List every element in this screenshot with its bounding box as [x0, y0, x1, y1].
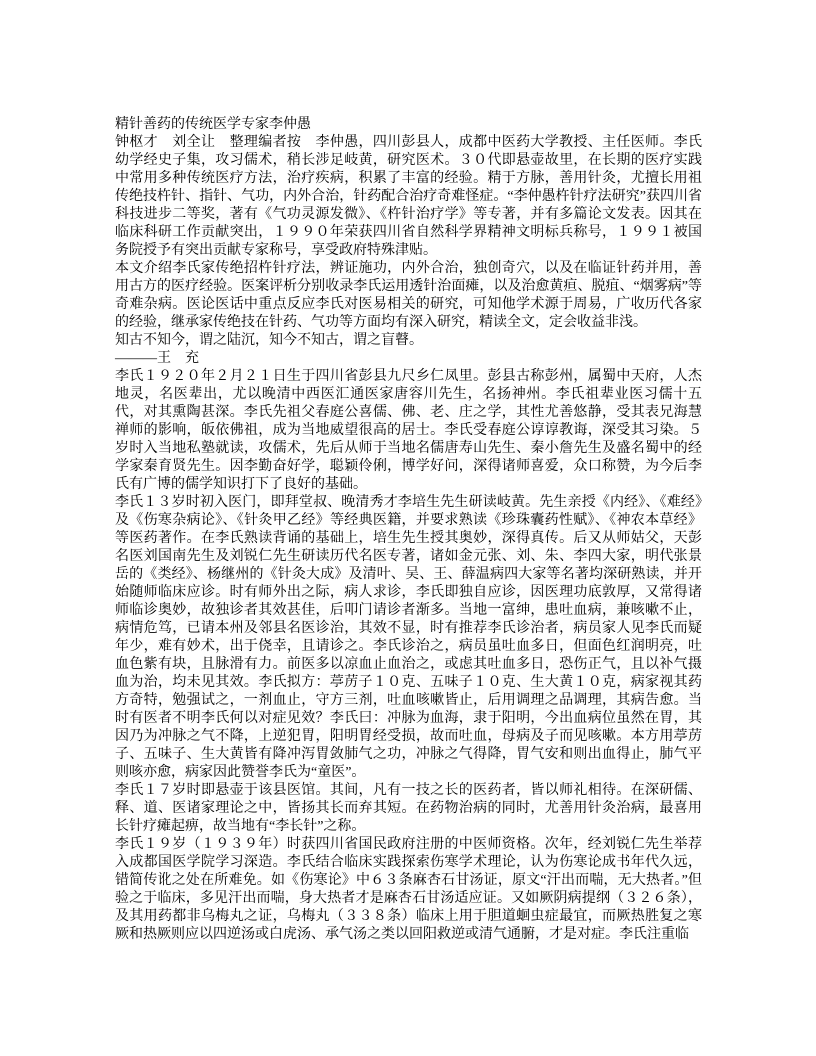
document-title: 精针善药的传统医学专家李仲愚	[115, 116, 702, 134]
paragraph-medical-training: 李氏１３岁时初入医门，即拜堂叔、晚清秀才李培生先生研读岐黄。先生亲授《内经》、《…	[115, 494, 702, 782]
paragraph-birth-family: 李氏１９２０年２月２１日生于四川省彭县九尺乡仁凤里。彭县古称彭州，属蜀中天府，人…	[115, 368, 702, 494]
paragraph-age-19: 李氏１９岁（１９３９年）时获四川省国民政府注册的中医师资格。次年，经刘锐仁先生举…	[115, 836, 702, 944]
paragraph-quote: 知古不知今，谓之陆沉，知今不知古，谓之盲瞽。	[115, 332, 702, 350]
document-body: 精针善药的传统医学专家李仲愚 钟枢才 刘全让 整理编者按 李仲愚，四川彭县人，成…	[115, 116, 702, 944]
paragraph-age-17: 李氏１７岁时即悬壶于该县医馆。其间，凡有一技之长的医药者，皆以师礼相待。在深研儒…	[115, 782, 702, 836]
paragraph-quote-attribution: ———王 充	[115, 350, 702, 368]
paragraph-byline-abstract: 钟枢才 刘全让 整理编者按 李仲愚，四川彭县人，成都中医药大学教授、主任医师。李…	[115, 134, 702, 260]
paragraph-intro: 本文介绍李氏家传绝招杵针疗法，辨证施功，内外合治，独创奇穴，以及在临证针药并用，…	[115, 260, 702, 332]
document-page: 精针善药的传统医学专家李仲愚 钟枢才 刘全让 整理编者按 李仲愚，四川彭县人，成…	[0, 0, 816, 1056]
